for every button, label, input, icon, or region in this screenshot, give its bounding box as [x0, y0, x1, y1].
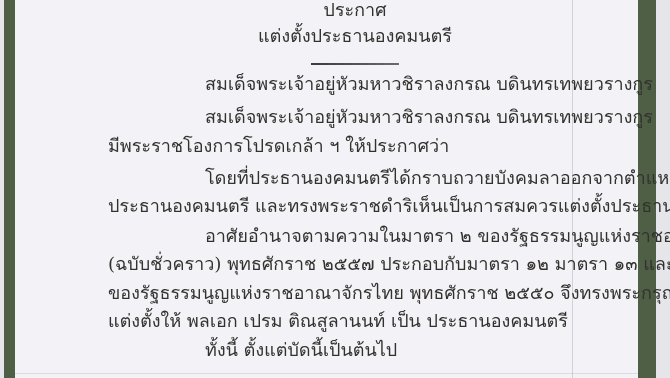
document-title: ประกาศ — [108, 1, 602, 21]
body-line: อาศัยอำนาจตามความในมาตรา ๒ ของรัฐธรรมนูญ… — [205, 227, 670, 247]
title-divider — [311, 63, 399, 65]
body-line: ประธานองคมนตรี และทรงพระราชดำริเห็นเป็นก… — [108, 197, 670, 217]
frame-bar-left — [4, 0, 15, 378]
body-line: สมเด็จพระเจ้าอยู่หัวมหาวชิราลงกรณ บดินทร… — [205, 75, 653, 95]
frame-bar-right — [638, 0, 656, 378]
photo-edge-right — [656, 0, 670, 378]
body-line: ทั้งนี้ ตั้งแต่บัดนี้เป็นต้นไป — [205, 341, 397, 361]
body-line: มีพระราชโองการโปรดเกล้า ฯ ให้ประกาศว่า — [108, 137, 449, 157]
body-line: (ฉบับชั่วคราว) พุทธศักราช ๒๕๕๗ ประกอบกับ… — [108, 255, 670, 275]
document-page: ประกาศ แต่งตั้งประธานองคมนตรี สมเด็จพระเ… — [15, 0, 638, 378]
body-line: สมเด็จพระเจ้าอยู่หัวมหาวชิราลงกรณ บดินทร… — [205, 108, 653, 128]
body-line: แต่งตั้งให้ พลเอก เปรม ติณสูลานนท์ เป็น … — [108, 312, 568, 332]
body-line: ของรัฐธรรมนูญแห่งราชอาณาจักรไทย พุทธศักร… — [108, 284, 670, 304]
page-bottom-edge — [15, 373, 638, 374]
body-line: โดยที่ประธานองคมนตรีได้กราบถวายบังคมลาออ… — [205, 169, 670, 189]
document-subtitle: แต่งตั้งประธานองคมนตรี — [108, 27, 602, 47]
page-crease-line — [572, 0, 573, 378]
